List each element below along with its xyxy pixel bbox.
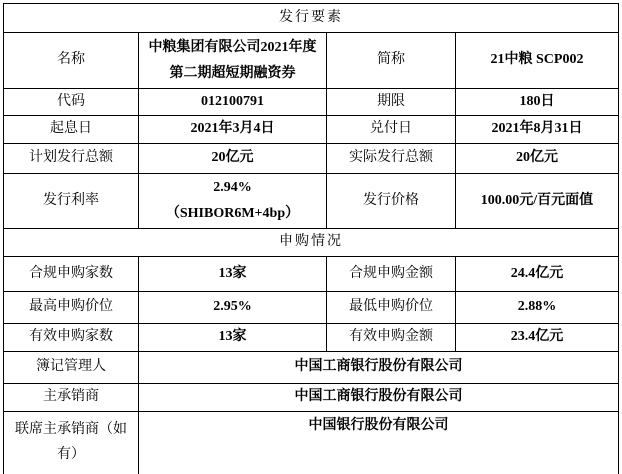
price-value: 100.00元/百元面值 bbox=[456, 174, 619, 229]
planned-amount-value: 20亿元 bbox=[139, 144, 327, 174]
highest-price-value: 2.95% bbox=[139, 292, 327, 324]
name-value-line2: 第二期超短期融资券 bbox=[144, 61, 321, 87]
issuance-elements-table: 发行要素 名称 中粮集团有限公司2021年度 第二期超短期融资券 简称 21中粮… bbox=[3, 3, 619, 474]
actual-amount-value: 20亿元 bbox=[456, 144, 619, 174]
rate-label: 发行利率 bbox=[4, 174, 139, 229]
bid-price-row: 最高申购价位 2.95% 最低申购价位 2.88% bbox=[4, 292, 619, 324]
code-label: 代码 bbox=[4, 89, 139, 116]
compliant-count-label: 合规申购家数 bbox=[4, 257, 139, 292]
rate-value-line2: （SHIBOR6M+4bp） bbox=[144, 201, 321, 227]
rate-price-row: 发行利率 2.94% （SHIBOR6M+4bp） 发行价格 100.00元/百… bbox=[4, 174, 619, 229]
short-name-label: 简称 bbox=[327, 33, 456, 89]
value-date-label: 起息日 bbox=[4, 116, 139, 144]
joint-lead-underwriter-value: 中国银行股份有限公司 bbox=[139, 412, 619, 474]
joint-lead-underwriter-row: 联席主承销商（如有） 中国银行股份有限公司 bbox=[4, 412, 619, 474]
valid-count-label: 有效申购家数 bbox=[4, 324, 139, 352]
price-label: 发行价格 bbox=[327, 174, 456, 229]
name-label: 名称 bbox=[4, 33, 139, 89]
planned-amount-label: 计划发行总额 bbox=[4, 144, 139, 174]
lead-underwriter-value: 中国工商银行股份有限公司 bbox=[139, 384, 619, 412]
valid-amount-value: 23.4亿元 bbox=[456, 324, 619, 352]
bookrunner-value: 中国工商银行股份有限公司 bbox=[139, 352, 619, 384]
bookrunner-row: 簿记管理人 中国工商银行股份有限公司 bbox=[4, 352, 619, 384]
value-date-value: 2021年3月4日 bbox=[139, 116, 327, 144]
compliant-count-value: 13家 bbox=[139, 257, 327, 292]
bookrunner-label: 簿记管理人 bbox=[4, 352, 139, 384]
subscription-title-row: 申购情况 bbox=[4, 229, 619, 257]
highest-price-label: 最高申购价位 bbox=[4, 292, 139, 324]
lead-underwriter-row: 主承销商 中国工商银行股份有限公司 bbox=[4, 384, 619, 412]
name-row: 名称 中粮集团有限公司2021年度 第二期超短期融资券 简称 21中粮 SCP0… bbox=[4, 33, 619, 89]
term-label: 期限 bbox=[327, 89, 456, 116]
lowest-price-label: 最低申购价位 bbox=[327, 292, 456, 324]
rate-value-line1: 2.94% bbox=[144, 175, 321, 201]
payment-date-value: 2021年8月31日 bbox=[456, 116, 619, 144]
compliant-amount-value: 24.4亿元 bbox=[456, 257, 619, 292]
code-row: 代码 012100791 期限 180日 bbox=[4, 89, 619, 116]
code-value: 012100791 bbox=[139, 89, 327, 116]
compliant-amount-label: 合规申购金额 bbox=[327, 257, 456, 292]
rate-value: 2.94% （SHIBOR6M+4bp） bbox=[139, 174, 327, 229]
table-title: 发行要素 bbox=[4, 4, 619, 33]
term-value: 180日 bbox=[456, 89, 619, 116]
name-value-line1: 中粮集团有限公司2021年度 bbox=[144, 35, 321, 61]
table-title-row: 发行要素 bbox=[4, 4, 619, 33]
lowest-price-value: 2.88% bbox=[456, 292, 619, 324]
valid-count-value: 13家 bbox=[139, 324, 327, 352]
valid-row: 有效申购家数 13家 有效申购金额 23.4亿元 bbox=[4, 324, 619, 352]
joint-lead-underwriter-label: 联席主承销商（如有） bbox=[4, 412, 139, 474]
payment-date-label: 兑付日 bbox=[327, 116, 456, 144]
amounts-row: 计划发行总额 20亿元 实际发行总额 20亿元 bbox=[4, 144, 619, 174]
dates-row: 起息日 2021年3月4日 兑付日 2021年8月31日 bbox=[4, 116, 619, 144]
subscription-title: 申购情况 bbox=[4, 229, 619, 257]
actual-amount-label: 实际发行总额 bbox=[327, 144, 456, 174]
lead-underwriter-label: 主承销商 bbox=[4, 384, 139, 412]
compliant-row: 合规申购家数 13家 合规申购金额 24.4亿元 bbox=[4, 257, 619, 292]
name-value: 中粮集团有限公司2021年度 第二期超短期融资券 bbox=[139, 33, 327, 89]
short-name-value: 21中粮 SCP002 bbox=[456, 33, 619, 89]
valid-amount-label: 有效申购金额 bbox=[327, 324, 456, 352]
